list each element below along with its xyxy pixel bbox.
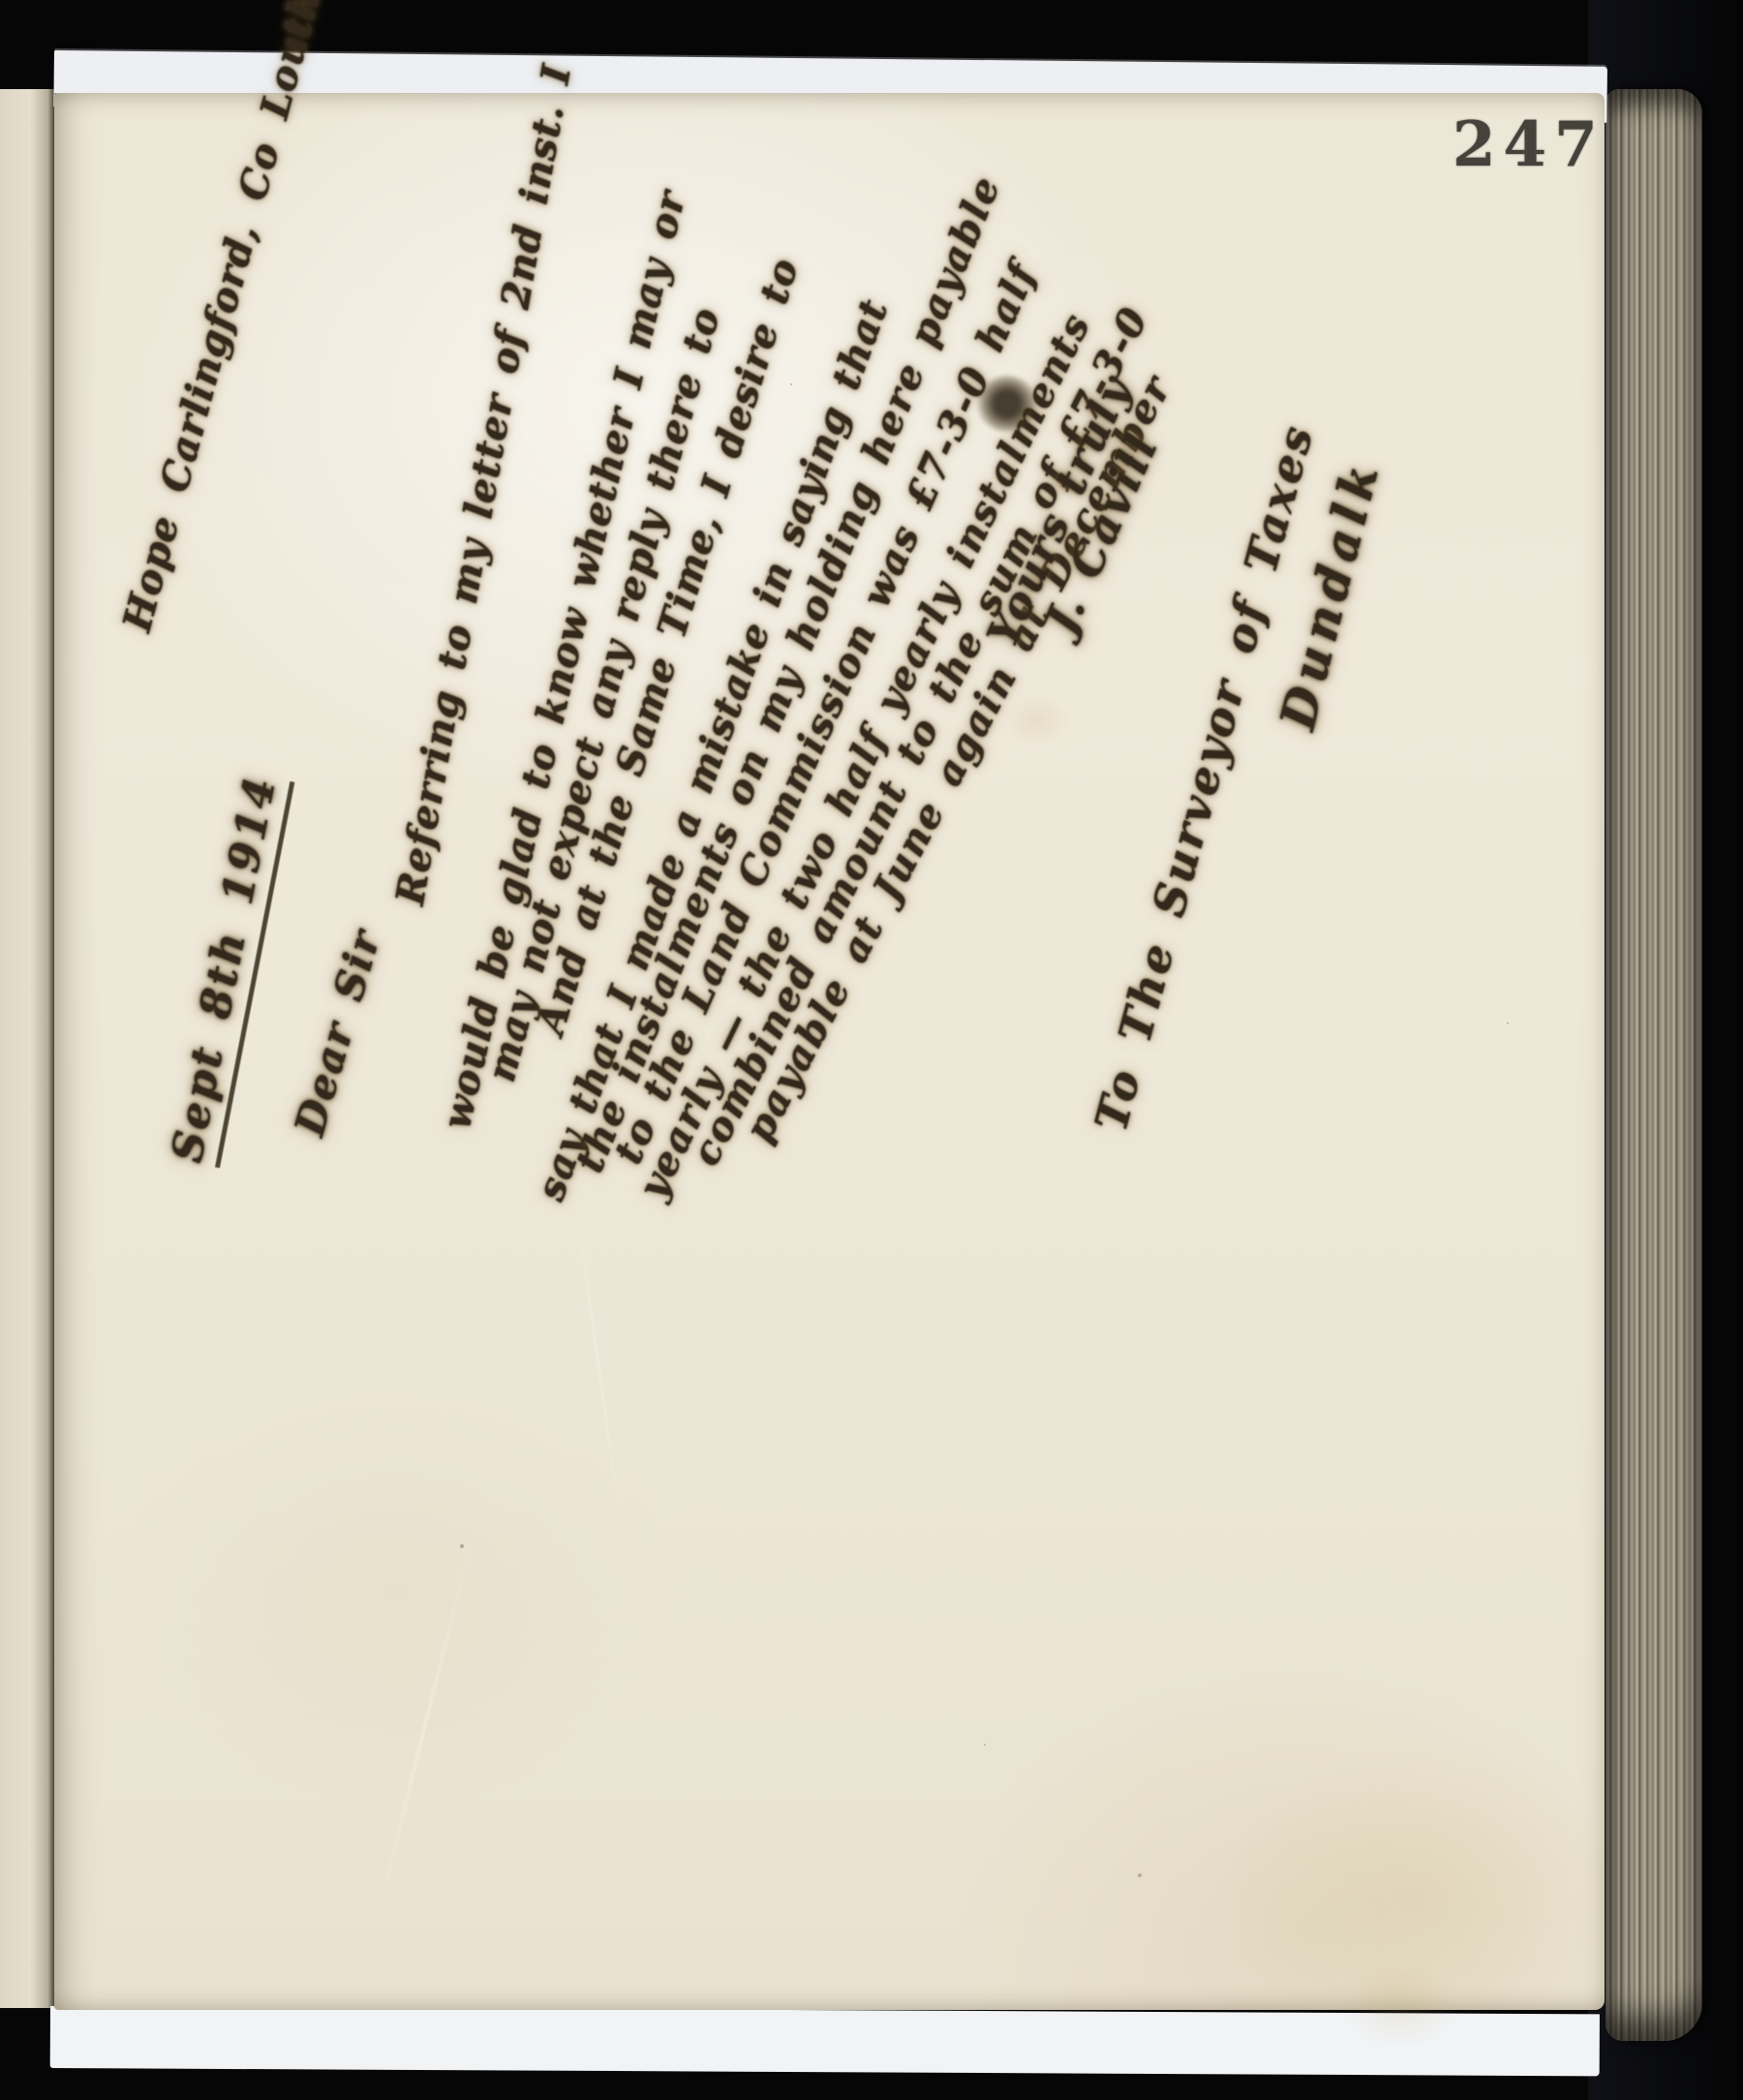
paper-crease [373,1532,474,1927]
ink-blot [976,376,1038,432]
dust-specks [54,93,56,95]
page-number-stamp: 247 [1452,108,1605,181]
handwritten-line: Sept 8th 1914 [163,772,294,1169]
handwritten-line: Hope Carlingford, Co Louth [114,0,330,636]
handwritten-line: Dear Sir [286,924,390,1141]
paper-stain [1003,693,1071,747]
letterbook-page: 247 Hope Carlingford, Co LouthSept 8th 1… [54,93,1605,2010]
book-fore-edge-pages [1605,89,1702,2041]
paper-crease [572,1189,624,1535]
photo-background: 247 Hope Carlingford, Co LouthSept 8th 1… [0,0,1743,2100]
paper-stain [1342,1962,1458,2049]
previous-page-edge [0,89,54,2008]
